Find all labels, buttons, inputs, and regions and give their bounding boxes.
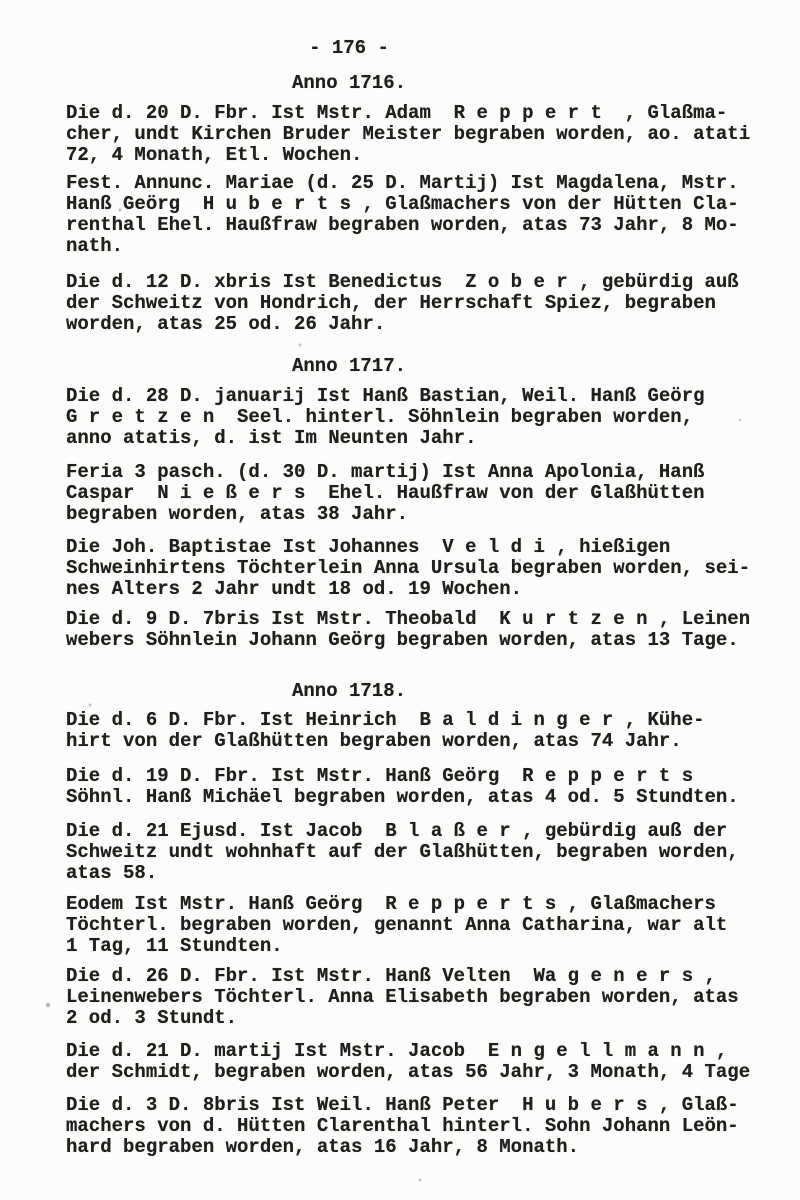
burial-entry: Die Joh. Baptistae Ist Johannes V e l d …	[66, 537, 756, 600]
page-number: - 176 -	[4, 38, 694, 59]
burial-entry: Die d. 12 D. xbris Ist Benedictus Z o b …	[66, 272, 756, 335]
burial-entry: Feria 3 pasch. (d. 30 D. martij) Ist Ann…	[66, 462, 756, 525]
burial-entry: Die d. 3 D. 8bris Ist Weil. Hanß Peter H…	[66, 1095, 756, 1158]
burial-entry: Fest. Annunc. Mariae (d. 25 D. Martij) I…	[66, 173, 756, 257]
burial-entry: Die d. 9 D. 7bris Ist Mstr. Theobald K u…	[66, 609, 756, 651]
section-heading-1718: Anno 1718.	[4, 681, 694, 702]
burial-entry: Die d. 26 D. Fbr. Ist Mstr. Hanß Velten …	[66, 966, 756, 1029]
section-heading-1717: Anno 1717.	[4, 356, 694, 377]
burial-entry: Die d. 19 D. Fbr. Ist Mstr. Hanß Geörg R…	[66, 766, 756, 808]
burial-entry: Die d. 21 Ejusd. Ist Jacob B l a ß e r ,…	[66, 821, 756, 884]
scanned-document-page: - 176 - Anno 1716. Die d. 20 D. Fbr. Ist…	[0, 0, 800, 1200]
text-block: - 176 - Anno 1716. Die d. 20 D. Fbr. Ist…	[66, 38, 756, 1158]
burial-entry: Die d. 20 D. Fbr. Ist Mstr. Adam R e p p…	[66, 103, 756, 166]
burial-entry: Die d. 28 D. januarij Ist Hanß Bastian, …	[66, 386, 756, 449]
burial-entry: Die d. 21 D. martij Ist Mstr. Jacob E n …	[66, 1041, 756, 1083]
section-heading-1716: Anno 1716.	[4, 73, 694, 94]
burial-entry: Die d. 6 D. Fbr. Ist Heinrich B a l d i …	[66, 710, 756, 752]
burial-entry: Eodem Ist Mstr. Hanß Geörg R e p p e r t…	[66, 894, 756, 957]
